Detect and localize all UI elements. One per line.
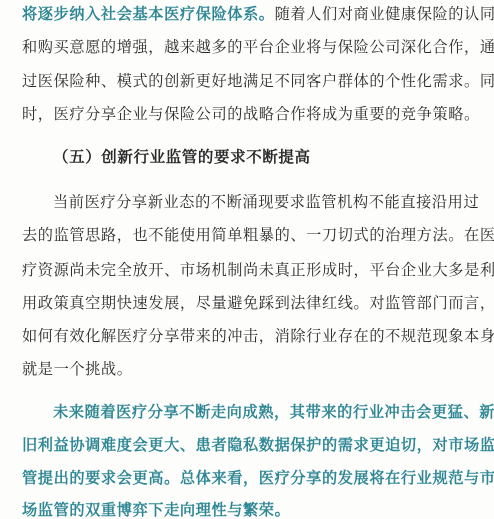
text-line: 如何有效化解医疗分享带来的冲击，消除行业存在的不规范现象本身: [22, 326, 480, 346]
highlighted-text-line: 管提出的要求会更高。总体来看，医疗分享的发展将在行业规范与市: [22, 468, 480, 488]
highlighted-text-line: 场监管的双重博弈下走向理性与繁荣。: [22, 500, 480, 519]
section-heading: （五）创新行业监管的要求不断提高: [53, 147, 494, 167]
highlighted-text-line: 旧利益协调难度会更大、患者隐私数据保护的需求更迫切，对市场监: [22, 435, 480, 455]
text-line: 过医保险种、模式的创新更好地满足不同客户群体的个性化需求。同: [22, 71, 480, 91]
text-line: 将逐步纳入社会基本医疗保险体系。随着人们对商业健康保险的认同: [22, 4, 480, 24]
document-page: 将逐步纳入社会基本医疗保险体系。随着人们对商业健康保险的认同 和购买意愿的增强，…: [0, 0, 494, 519]
text-line: 用政策真空期快速发展，尽量避免踩到法律红线。对监管部门而言，: [22, 293, 480, 313]
text-line: 疗资源尚未完全放开、市场机制尚未真正形成时，平台企业大多是利: [22, 260, 480, 280]
text-line: 和购买意愿的增强，越来越多的平台企业将与保险公司深化合作，通: [22, 37, 480, 57]
text-line: 就是一个挑战。: [22, 359, 480, 379]
text-line: 当前医疗分享新业态的不断涌现要求监管机构不能直接沿用过: [53, 192, 494, 212]
text-line: 去的监管思路，也不能使用简单粗暴的、一刀切式的治理方法。在医: [22, 225, 480, 245]
text-line: 时，医疗分享企业与保险公司的战略合作将成为重要的竞争策略。: [22, 104, 480, 124]
highlighted-text-line: 未来随着医疗分享不断走向成熟，其带来的行业冲击会更猛、新: [53, 402, 494, 422]
body-text: 随着人们对商业健康保险的认同: [275, 5, 494, 23]
highlighted-text: 将逐步纳入社会基本医疗保险体系。: [22, 5, 275, 23]
